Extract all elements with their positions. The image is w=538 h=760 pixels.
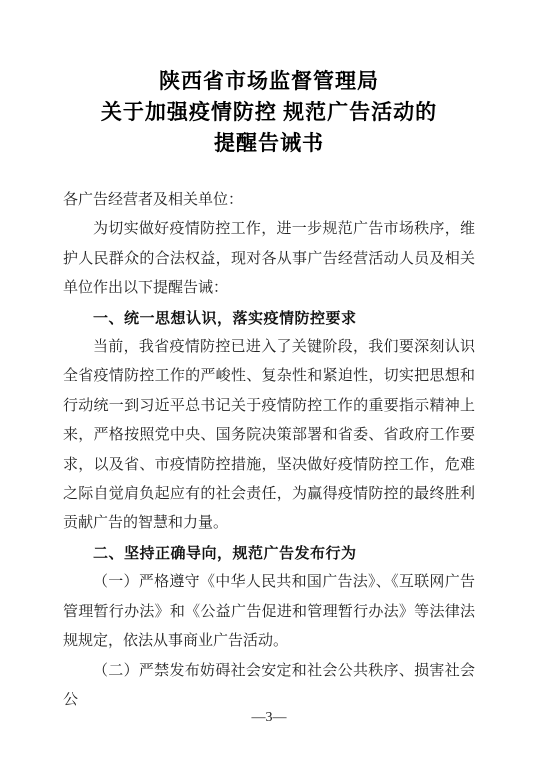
title-line-3: 提醒告诫书: [0, 128, 538, 159]
paragraph-item-1: （一）严格遵守《中华人民共和国广告法》、《互联网广告管理暂行办法》和《公益广告促…: [63, 568, 475, 656]
title-line-2: 关于加强疫情防控 规范广告活动的: [0, 97, 538, 128]
section-heading-2: 二、坚持正确导向，规范广告发布行为: [63, 539, 475, 568]
title-line-1: 陕西省市场监督管理局: [0, 66, 538, 97]
document-page: 陕西省市场监督管理局 关于加强疫情防控 规范广告活动的 提醒告诫书 各广告经营者…: [0, 0, 538, 760]
section-heading-1: 一、统一思想认识，落实疫情防控要求: [63, 304, 475, 333]
document-body: 各广告经营者及相关单位： 为切实做好疫情防控工作，进一步规范广告市场秩序，维护人…: [63, 186, 475, 715]
page-number: —3—: [0, 708, 538, 728]
document-title: 陕西省市场监督管理局 关于加强疫情防控 规范广告活动的 提醒告诫书: [0, 66, 538, 159]
paragraph-intro: 为切实做好疫情防控工作，进一步规范广告市场秩序，维护人民群众的合法权益，现对各从…: [63, 215, 475, 303]
paragraph-item-2-truncated: （二）严禁发布妨碍社会安定和社会公共秩序、损害社会公: [63, 657, 475, 716]
paragraph-section-1: 当前，我省疫情防控已进入了关键阶段，我们要深刻认识全省疫情防控工作的严峻性、复杂…: [63, 333, 475, 539]
salutation: 各广告经营者及相关单位：: [63, 186, 475, 215]
